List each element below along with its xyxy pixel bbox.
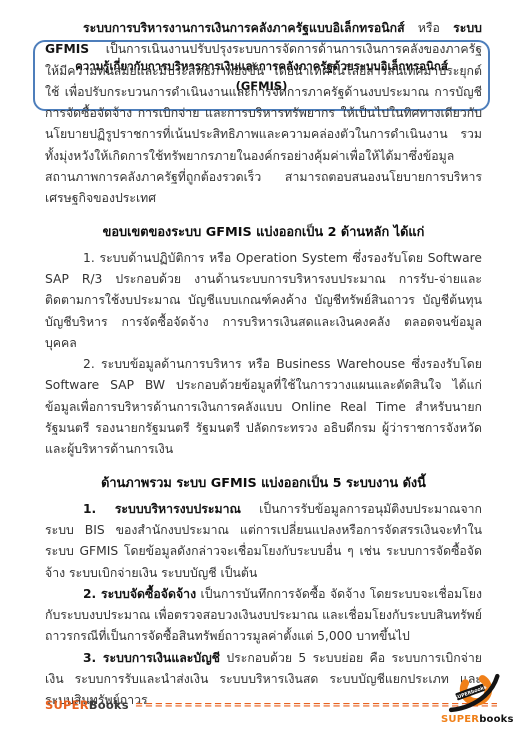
footer-brand-super: SUPER	[45, 698, 89, 712]
system-1-name: 1. ระบบบริหารงบประมาณ	[83, 502, 241, 516]
page-footer: SUPERBooks =============================…	[45, 696, 505, 714]
logo-wordmark-super: SUPER	[441, 714, 479, 725]
footer-brand-books: Books	[89, 698, 129, 712]
superbooks-swoosh-icon: SUPERbooks	[447, 669, 505, 717]
scope-item-2: 2. ระบบข้อมูลด้านการบริหาร หรือ Business…	[45, 354, 482, 460]
system-3-name: 3. ระบบการเงินและบัญชี	[83, 651, 220, 665]
superbooks-logo: SUPERbooks SUPERbooks	[441, 669, 511, 725]
system-item-1: 1. ระบบบริหารงบประมาณ เป็นการรับข้อมูลกา…	[45, 499, 482, 584]
logo-wordmark-books: books	[479, 714, 514, 725]
intro-body-text: เป็นการเนินงานปรับปรุงระบบการจัดการด้านก…	[45, 42, 482, 205]
logo-wordmark: SUPERbooks	[441, 714, 511, 725]
document-body: ระบบการบริหารงานการเงินการคลังภาครัฐแบบอ…	[45, 0, 482, 712]
scope-item-1: 1. ระบบด้านปฏิบัติการ หรือ Operation Sys…	[45, 248, 482, 354]
intro-paragraph: ระบบการบริหารงานการเงินการคลังภาครัฐแบบอ…	[45, 18, 482, 210]
footer-brand: SUPERBooks	[45, 698, 129, 712]
intro-lead-bold: ระบบการบริหารงานการเงินการคลังภาครัฐแบบอ…	[83, 21, 405, 35]
scope-heading: ขอบเขตของระบบ GFMIS แบ่งออกเป็น 2 ด้านหล…	[45, 223, 482, 243]
document-page: ความรู้เกี่ยวกับการบริหารการเงินและการคล…	[0, 0, 523, 747]
intro-connector: หรือ	[405, 21, 454, 35]
system-2-name: 2. ระบบจัดซื้อจัดจ้าง	[83, 587, 196, 601]
system-item-2: 2. ระบบจัดซื้อจัดจ้าง เป็นการบันทึกการจั…	[45, 584, 482, 648]
overview-heading: ด้านภาพรวม ระบบ GFMIS แบ่งออกเป็น 5 ระบบ…	[45, 474, 482, 494]
